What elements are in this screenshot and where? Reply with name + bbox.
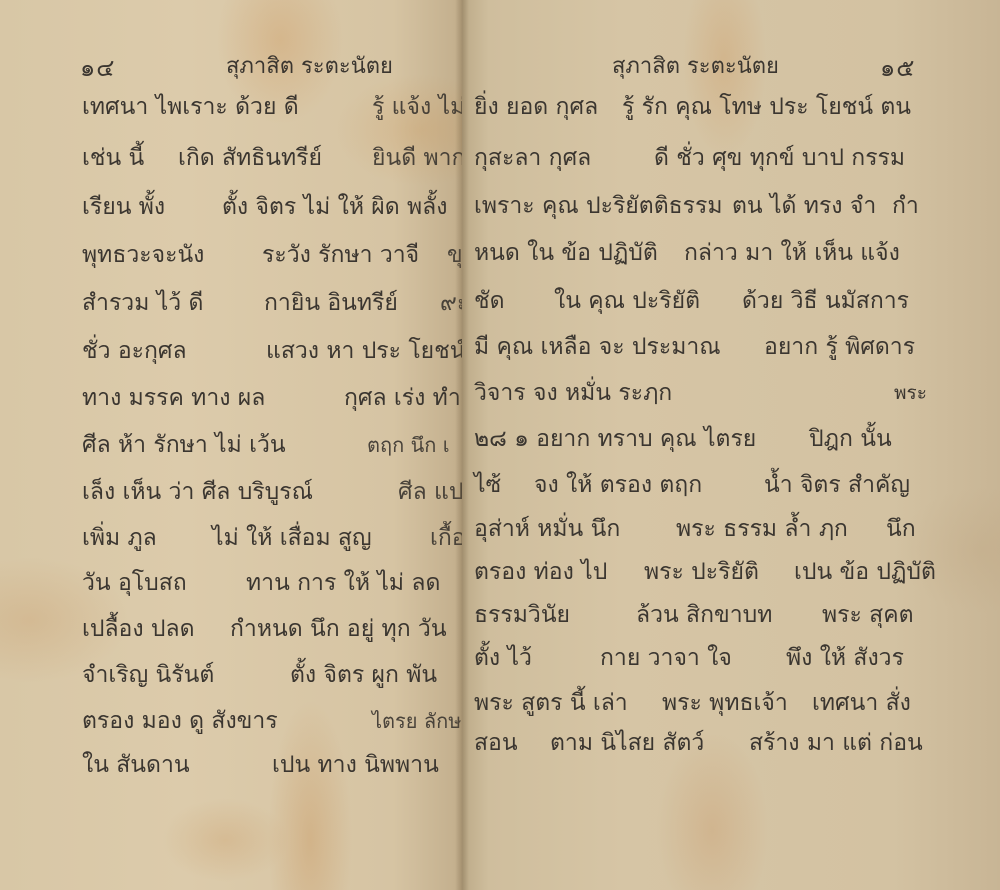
text-segment: ยินดี พาก [372, 143, 462, 173]
text-segment: ใน คุณ ปะริยัติ [554, 286, 700, 316]
text-segment: ไซ้ [474, 470, 501, 500]
running-title: สุภาสิต ระตะนัตย [612, 48, 779, 83]
text-segment: ชัด [474, 286, 505, 316]
text-segment: พระ [894, 378, 927, 408]
text-segment: ๙ะ [440, 288, 462, 318]
text-segment: เรียน พั้ง [82, 192, 165, 222]
text-segment: สร้าง มา แต่ ก่อน [749, 728, 923, 758]
text-segment: ตาม นิไสย สัตว์ [550, 728, 704, 758]
text-segment: ทาน การ ให้ ไม่ ลด [246, 568, 440, 598]
text-segment: ศีล ห้า รักษา ไม่ เว้น [82, 430, 286, 460]
text-segment: เปน ทาง นิพพาน [272, 750, 439, 780]
text-segment: เพราะ คุณ ปะริยัตติธรรม [474, 191, 723, 221]
page-number: ๑๔ [80, 48, 115, 87]
text-segment: รู้ แจ้ง ไม่ [372, 92, 462, 122]
text-segment: วัน อุโบสถ [82, 568, 187, 598]
text-segment: สอน [474, 728, 518, 758]
text-segment: ยิ่ง ยอด กุศล [474, 92, 598, 122]
text-segment: พระ สุคต [822, 600, 914, 630]
text-segment: ล้วน สิกขาบท [636, 600, 772, 630]
text-segment: เกื้อ [430, 523, 462, 553]
text-segment: กุสะลา กุศล [474, 143, 591, 173]
text-segment: เทศนา สั่ง [812, 688, 911, 718]
text-segment: ตั้ง ไว้ [474, 643, 532, 673]
text-segment: กำ [892, 191, 919, 221]
text-segment: นึก [886, 514, 916, 544]
text-segment: เพิ่ม ภูล [82, 523, 157, 553]
text-segment: กุศล เร่ง ทำ [344, 383, 461, 413]
text-segment: ขุ [447, 240, 462, 270]
book-spread: ๑๔ สุภาสิต ระตะนัตย เทศนา ไพเราะ ด้วย ดี… [0, 0, 1000, 890]
text-segment: อยาก รู้ พิศดาร [764, 332, 915, 362]
text-segment: ดี ชั่ว ศุข ทุกข์ บาป กรรม [654, 143, 905, 173]
text-segment: ใน สันดาน [82, 750, 190, 780]
text-segment: พึง ให้ สังวร [786, 643, 904, 673]
text-segment: ทาง มรรค ทาง ผล [82, 383, 265, 413]
text-segment: พระ พุทธเจ้า [662, 688, 788, 718]
text-segment: ตั้ง จิตร ไม่ ให้ ผิด พลั้ง [222, 192, 448, 222]
text-segment: สำรวม ไว้ ดี [82, 288, 203, 318]
text-segment: หนด ใน ข้อ ปฏิบัติ [474, 238, 658, 268]
text-segment: กำหนด นึก อยู่ ทุก วัน [230, 614, 447, 644]
text-segment: เล็ง เห็น ว่า ศีล บริบูรณ์ [82, 477, 313, 507]
text-segment: น้ำ จิตร สำคัญ [764, 470, 910, 500]
text-segment: เปน ข้อ ปฏิบัติ [794, 557, 936, 587]
left-page: ๑๔ สุภาสิต ระตะนัตย เทศนา ไพเราะ ด้วย ดี… [0, 0, 462, 890]
text-segment: จำเริญ นิรันต์ [82, 660, 214, 690]
text-segment: วิจาร จง หมั่น ระฦก [474, 378, 672, 408]
text-segment: พุทธวะจะนัง [82, 240, 204, 270]
text-segment: เทศนา ไพเราะ ด้วย ดี [82, 92, 299, 122]
text-segment: พระ ปะริยัติ [644, 557, 759, 587]
text-segment: ตั้ง จิตร ผูก พัน [290, 660, 437, 690]
text-segment: ปิฎก นั้น [809, 424, 892, 454]
text-segment: อุส่าห์ หมั่น นึก [474, 514, 620, 544]
text-segment: ด้วย วิธี นมัสการ [742, 286, 909, 316]
text-segment: แสวง หา ประ โยชน์ [266, 336, 462, 366]
text-segment: ไม่ ให้ เสื่อม สูญ [212, 523, 372, 553]
text-segment: กาย วาจา ใจ [600, 643, 732, 673]
text-segment: ชั่ว อะกุศล [82, 336, 187, 366]
text-segment: ระวัง รักษา วาจี [262, 240, 419, 270]
running-title: สุภาสิต ระตะนัตย [226, 48, 393, 83]
text-segment: ตรอง มอง ดู สังขาร [82, 706, 278, 736]
text-segment: พระ ธรรม ล้ำ ฦก [676, 514, 848, 544]
text-segment: จง ให้ ตรอง ตฤก [534, 470, 702, 500]
text-segment: ๒๘ ๑ อยาก ทราบ คุณ ไตรย [474, 424, 756, 454]
text-segment: กายิน อินทรีย์ [264, 288, 398, 318]
page-number: ๑๕ [880, 48, 915, 87]
text-segment: เปลื้อง ปลด [82, 614, 195, 644]
text-segment: ตรอง ท่อง ไป [474, 557, 607, 587]
right-page: สุภาสิต ระตะนัตย ๑๕ ยิ่ง ยอด กุศล รู้ รั… [462, 0, 1000, 890]
text-segment: เช่น นี้ [82, 143, 144, 173]
text-segment: รู้ รัก คุณ โทษ ประ โยชน์ ตน [622, 92, 911, 122]
text-segment: ศีล แปก [398, 477, 462, 507]
text-segment: ธรรมวินัย [474, 600, 570, 630]
text-segment: ตน ได้ ทรง จำ [732, 191, 876, 221]
text-segment: ตฤก นึก เ [367, 430, 450, 460]
text-segment: เกิด สัทธินทรีย์ [178, 143, 322, 173]
text-segment: กล่าว มา ให้ เห็น แจ้ง [684, 238, 900, 268]
text-segment: พระ สูตร นี้ เล่า [474, 688, 628, 718]
text-segment: ไตรย ลักษ [372, 706, 461, 736]
text-segment: มี คุณ เหลือ จะ ประมาณ [474, 332, 721, 362]
